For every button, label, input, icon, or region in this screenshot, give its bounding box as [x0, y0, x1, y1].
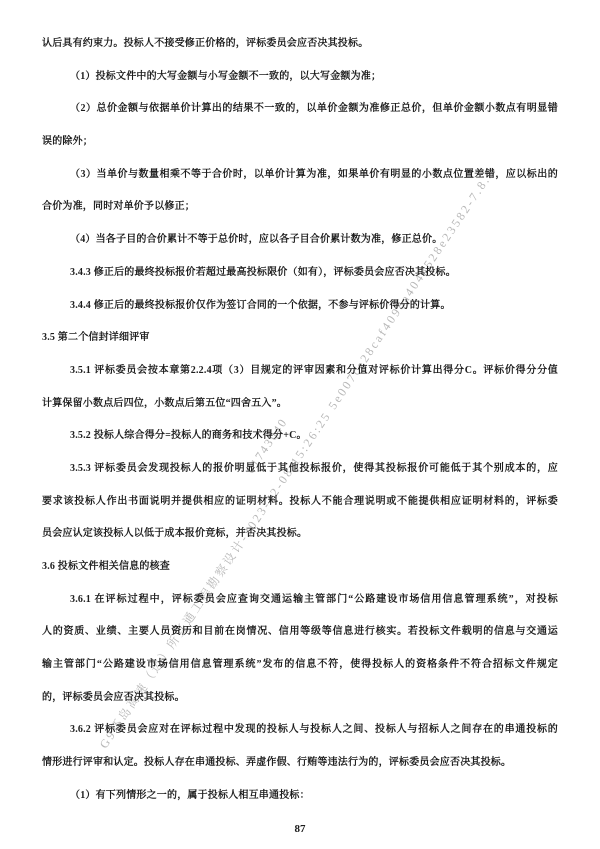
- text-line: 3.5.1 评标委员会按本章第2.2.4项（3）目规定的评审因素和分值对评标价计…: [42, 355, 558, 388]
- text-line: 误的除外；: [42, 126, 558, 159]
- text-line: 合价为准，同时对单价予以修正；: [42, 191, 558, 224]
- text-line: 要求该投标人作出书面说明并提供相应的证明材料。投标人不能合理说明或不能提供相应证…: [42, 486, 558, 519]
- text-line: 员会应认定该投标人以低于成本报价竞标，并否决其投标。: [42, 518, 558, 551]
- text-line: 3.6.1 在评标过程中，评标委员会应查询交通运输主管部门“公路建设市场信用信息…: [42, 584, 558, 617]
- text-line: 3.6.2 评标委员会应对在评标过程中发现的投标人与投标人之间、投标人与招标人之…: [42, 714, 558, 747]
- text-line: （4）当各子目的合价累计不等于总价时，应以各子目合价累计数为准，修正总价。: [42, 224, 558, 257]
- page-number: 87: [0, 820, 600, 838]
- text-line: （1）有下列情形之一的，属于投标人相互串通投标：: [42, 780, 558, 813]
- section-heading: 3.5 第二个信封详细评审: [42, 322, 558, 355]
- text-line: 输主管部门“公路建设市场信用信息管理系统”发布的信息不符，使得投标人的资格条件不…: [42, 649, 558, 682]
- document-page: G9环岛高速（迈）所互通工程勘察设计-2023-12-08 15:26:25 5…: [0, 0, 600, 849]
- text-line: 3.5.3 评标委员会发现投标人的报价明显低于其他投标报价，使得其投标报价可能低…: [42, 453, 558, 486]
- text-line: 3.5.2 投标人综合得分=投标人的商务和技术得分+C。: [42, 420, 558, 453]
- text-line: 认后具有约束力。投标人不接受修正价格的，评标委员会应否决其投标。: [42, 28, 558, 61]
- document-body: 认后具有约束力。投标人不接受修正价格的，评标委员会应否决其投标。（1）投标文件中…: [42, 28, 558, 813]
- text-line: 3.4.3 修正后的最终投标报价若超过最高投标限价（如有），评标委员会应否决其投…: [42, 257, 558, 290]
- text-line: （3）当单价与数量相乘不等于合价时，以单价计算为准，如果单价有明显的小数点位置差…: [42, 159, 558, 192]
- text-line: 计算保留小数点后四位，小数点后第五位“四舍五入”。: [42, 388, 558, 421]
- text-line: 人的资质、业绩、主要人员资历和目前在岗情况、信用等级等信息进行核实。若投标文件载…: [42, 616, 558, 649]
- text-line: 情形进行评审和认定。投标人存在串通投标、弄虚作假、行贿等违法行为的，评标委员会应…: [42, 747, 558, 780]
- text-line: 的，评标委员会应否决其投标。: [42, 682, 558, 715]
- text-line: 3.4.4 修正后的最终投标报价仅作为签订合同的一个依据，不参与评标价得分的计算…: [42, 290, 558, 323]
- text-line: （2）总价金额与依据单价计算出的结果不一致的，以单价金额为准修正总价，但单价金额…: [42, 93, 558, 126]
- text-line: （1）投标文件中的大写金额与小写金额不一致的，以大写金额为准；: [42, 61, 558, 94]
- section-heading: 3.6 投标文件相关信息的核查: [42, 551, 558, 584]
